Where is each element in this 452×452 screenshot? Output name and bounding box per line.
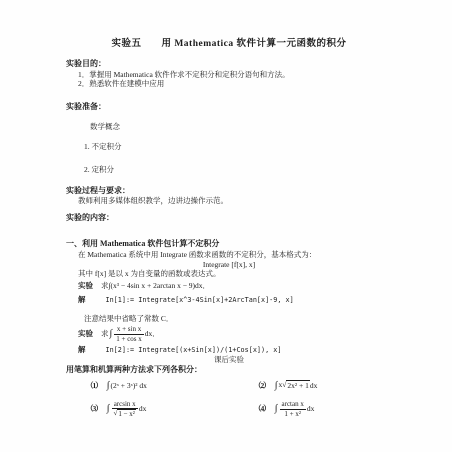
constant-note: 注意结果中省略了常数 C． bbox=[84, 314, 392, 324]
problem-number: （4） bbox=[254, 404, 270, 414]
solution1-label: 解 bbox=[78, 295, 86, 304]
integral-sign: ∫ bbox=[275, 381, 278, 391]
solution2-code: In[2]:= Integrate[(x+Sin[x])/(1+Cos[x]),… bbox=[106, 346, 282, 354]
homework-heading: 用笔算和机算两种方法求下列各积分： bbox=[66, 365, 392, 375]
prepare-item: 2. 定积分 bbox=[84, 165, 392, 175]
homework-problems: （1） ∫ (2ˣ + 3ˣ)² dx （2） ∫ x√2x² + 1 dx （… bbox=[86, 380, 392, 419]
fraction-denominator: √1 − x² bbox=[112, 409, 138, 418]
after-class-label: 课后实验 bbox=[66, 355, 392, 365]
experiment2-dx: dx． bbox=[145, 329, 160, 339]
solution1-line: 解In[1]:= Integrate[x^3-4Sin[x]+2ArcTan[x… bbox=[78, 295, 392, 305]
section1-heading: 一、利用 Mathematica 软件包计算不定积分 bbox=[66, 239, 392, 249]
purpose-item: 2．熟悉软件在建模中应用 bbox=[78, 79, 392, 89]
process-text: 教师利用多媒体组织教学，边讲边操作示范。 bbox=[78, 196, 392, 206]
radical-prefix: x√ bbox=[279, 380, 287, 390]
solution2-line: 解In[2]:= Integrate[(x+Sin[x])/(1+Cos[x])… bbox=[78, 345, 392, 355]
problem-dx: dx bbox=[139, 404, 147, 414]
experiment2-label: 实验 bbox=[78, 329, 93, 339]
fraction-numerator: arctan x bbox=[280, 400, 306, 409]
fraction-denominator: 1 + cos x bbox=[114, 335, 144, 343]
experiment2-prefix: 求 bbox=[101, 329, 109, 339]
document-title: 实验五 用 Mathematica 软件计算一元函数的积分 bbox=[66, 38, 392, 50]
problem-expression: x√2x² + 1 bbox=[279, 380, 310, 391]
problem-number: （1） bbox=[86, 381, 102, 391]
problem-1: （1） ∫ (2ˣ + 3ˣ)² dx bbox=[86, 380, 254, 391]
fraction-numerator: x + sin x bbox=[114, 325, 144, 334]
section1-note: 其中 f[x] 是以 x 为自变量的函数或表达式。 bbox=[78, 269, 392, 279]
integral-sign: ∫ bbox=[275, 404, 278, 414]
scanned-document-page: 实验五 用 Mathematica 软件计算一元函数的积分 实验目的： 1．掌握… bbox=[0, 0, 452, 452]
problem-2: （2） ∫ x√2x² + 1 dx bbox=[254, 380, 392, 391]
radicand: 1 − x² bbox=[117, 409, 136, 418]
problem-number: （3） bbox=[86, 404, 102, 414]
problem-expression: (2ˣ + 3ˣ)² dx bbox=[111, 381, 147, 391]
fraction-numerator: arcsin x bbox=[112, 400, 138, 409]
experiment2-line: 实验 求 ∫ x + sin x 1 + cos x dx． bbox=[78, 325, 392, 343]
purpose-heading: 实验目的： bbox=[66, 59, 392, 69]
integral-sign: ∫ bbox=[107, 381, 110, 391]
integral-sign: ∫ bbox=[110, 329, 113, 339]
process-heading: 实验过程与要求： bbox=[66, 186, 392, 196]
problem-fraction: arcsin x √1 − x² bbox=[112, 400, 138, 419]
fraction-denominator: 1 + x² bbox=[280, 410, 306, 418]
section1-intro: 在 Mathematica 系统中用 Integrate 函数求函数的不定积分，… bbox=[78, 250, 392, 260]
experiment1-line: 实验求∫(x³ − 4sin x + 2arctan x − 9)dx． bbox=[78, 281, 392, 291]
prepare-item: 1. 不定积分 bbox=[84, 142, 392, 152]
problem-dx: dx bbox=[310, 381, 318, 391]
problem-number: （2） bbox=[254, 381, 270, 391]
solution1-code: In[1]:= Integrate[x^3-4Sin[x]+2ArcTan[x]… bbox=[106, 296, 294, 304]
experiment2-fraction: x + sin x 1 + cos x bbox=[114, 325, 144, 343]
experiment1-label: 实验 bbox=[78, 281, 93, 290]
prepare-heading: 实验准备： bbox=[66, 102, 392, 112]
prepare-concept: 数学概念 bbox=[90, 122, 392, 132]
solution2-label: 解 bbox=[78, 345, 86, 354]
content-heading: 实验的内容： bbox=[66, 213, 392, 223]
problem-dx: dx bbox=[307, 404, 315, 414]
radicand: 2x² + 1 bbox=[286, 380, 309, 391]
problem-4: （4） ∫ arctan x 1 + x² dx bbox=[254, 400, 392, 419]
integrate-format: Integrate [f[x], x] bbox=[66, 260, 392, 270]
problem-fraction: arctan x 1 + x² bbox=[280, 400, 306, 418]
experiment1-integral: 求∫(x³ − 4sin x + 2arctan x − 9)dx． bbox=[101, 281, 210, 290]
integral-sign: ∫ bbox=[107, 404, 110, 414]
problem-3: （3） ∫ arcsin x √1 − x² dx bbox=[86, 400, 254, 419]
